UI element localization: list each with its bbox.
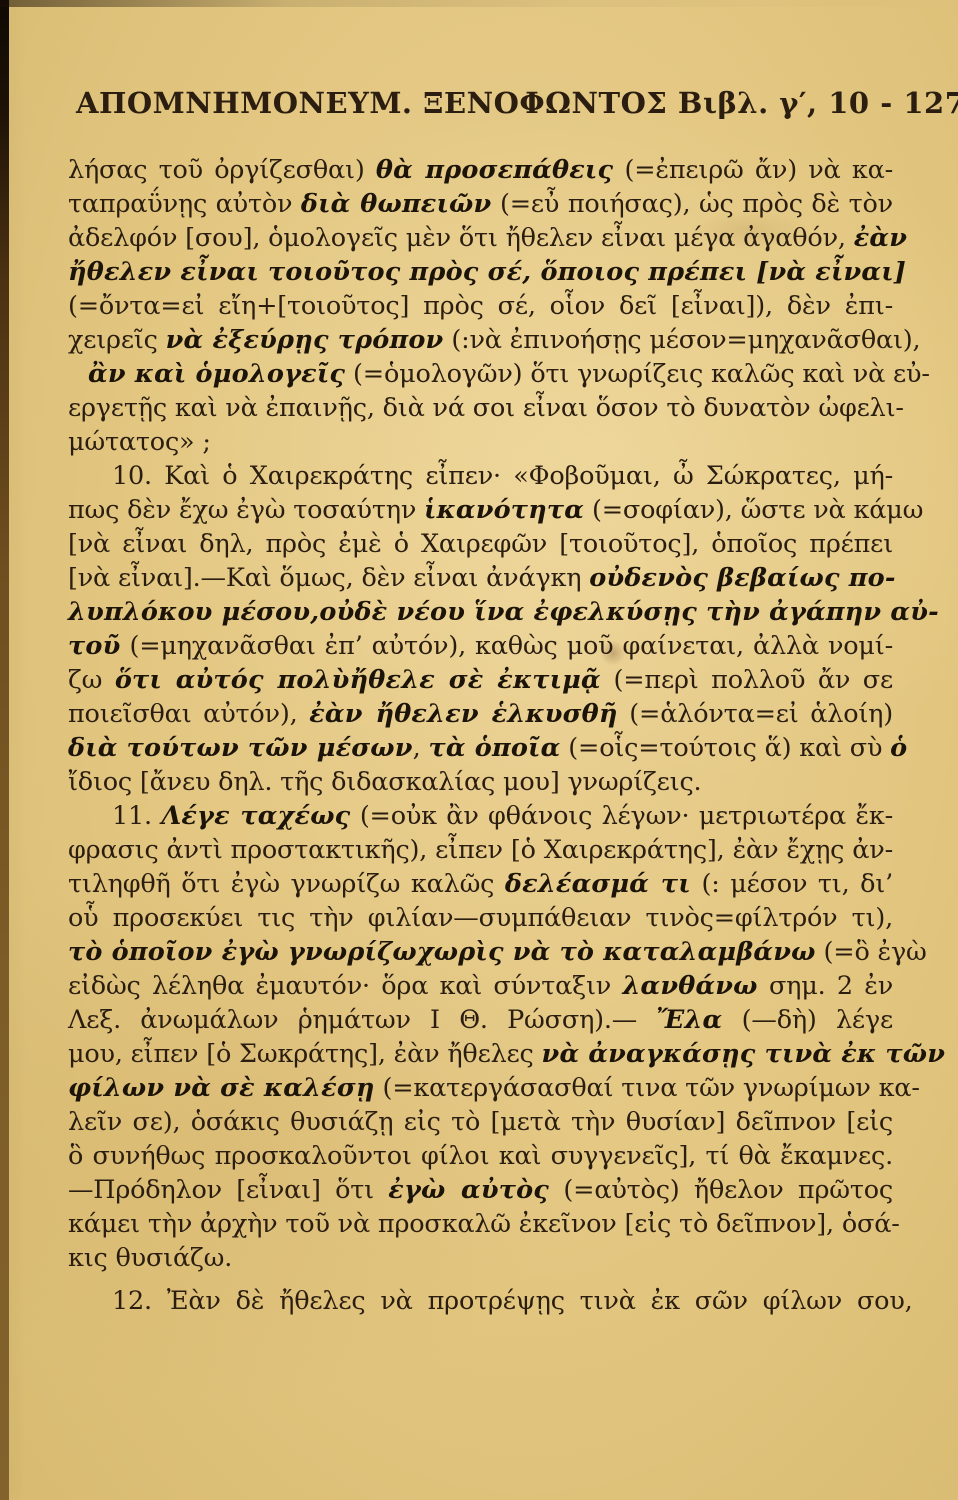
text-line: μου, εἶπεν [ὁ Σωκράτης], ἐὰν ἤθελες νὰ ἀ…	[68, 1037, 893, 1071]
body-text: (=μηχανᾶσθαι ἐπ’ αὐτόν), καθὼς μοῦ φαίνε…	[120, 631, 893, 661]
text-line: ἂν καὶ ὁμολογεῖς (=ὁμολογῶν) ὅτι γνωρίζε…	[68, 357, 893, 391]
text-line: λήσας τοῦ ὀργίζεσθαι) θὰ προσεπάθεις (=ἐ…	[68, 153, 893, 187]
emphasized-text: φίλων νὰ σὲ καλέσῃ	[68, 1073, 375, 1103]
body-text: —Πρόδηλον [εἶναι] ὅτι	[68, 1175, 388, 1205]
emphasized-text: ἐὰν ἤθελεν ἑλκυσθῆ	[309, 699, 617, 729]
emphasized-text: ὁ	[890, 733, 907, 763]
body-text: (=αὐτὸς) ἤθελον πρῶτος	[549, 1175, 893, 1205]
body-text: ,	[413, 733, 429, 763]
header-title: ΑΠΟΜΝΗΜΟΝΕΥΜ. ΞΕΝΟΦΩΝΤΟΣ Βιβλ. γ′, 10 - …	[76, 86, 945, 120]
body-text: (=ἁλόντα=εἰ ἁλοίη)	[618, 699, 893, 729]
body-text: μου, εἶπεν [ὁ Σωκράτης], ἐὰν ἤθελες	[68, 1039, 542, 1069]
page-top-shadow	[0, 0, 958, 7]
page-body: λήσας τοῦ ὀργίζεσθαι) θὰ προσεπάθεις (=ἐ…	[68, 153, 893, 1318]
body-text: φρασις ἀντὶ προστακτικῆς), εἶπεν [ὁ Χαιρ…	[68, 835, 893, 865]
emphasized-text: ὅτι αὐτός πολὺἤθελε σὲ ἐκτιμᾷ	[115, 665, 601, 695]
emphasized-text: θὰ προσεπάθεις	[376, 155, 613, 185]
body-text: (=ὄντα=εἰ εἴη+[τοιοῦτος] πρὸς σέ, οἷον δ…	[68, 291, 893, 321]
body-text: (=ὃ ἐγὼ	[816, 937, 927, 967]
text-line: [νὰ εἶναι δηλ, πρὸς ἐμὲ ὁ Χαιρεφῶν [τοιο…	[68, 527, 893, 561]
emphasized-text: λανθάνω	[622, 971, 757, 1001]
text-line: ὃ συνήθως προσκαλοῦντοι φίλοι καὶ συγγεν…	[68, 1139, 893, 1173]
emphasized-text: διὰ θωπειῶν	[301, 189, 492, 219]
text-line: ἤθελεν εἶναι τοιοῦτος πρὸς σέ, ὅποιος πρ…	[68, 255, 893, 289]
text-line: τὸ ὁποῖον ἐγὼ γνωρίζωχωρὶς νὰ τὸ καταλαμ…	[68, 935, 893, 969]
text-line: ποιεῖσθαι αὐτόν), ἐὰν ἤθελεν ἑλκυσθῆ (=ἁ…	[68, 697, 893, 731]
text-line: ζω ὅτι αὐτός πολὺἤθελε σὲ ἐκτιμᾷ (=περὶ …	[68, 663, 893, 697]
body-text: [νὰ εἶναι].—Καὶ ὅμως, δὲν εἶναι ἀνάγκη	[68, 563, 589, 593]
emphasized-text: τοῦ	[68, 631, 120, 661]
text-line: διὰ τούτων τῶν μέσων, τὰ ὁποῖα (=οἷς=τού…	[68, 731, 893, 765]
text-line: λεῖν σε), ὁσάκις θυσιάζῃ εἰς τὸ [μετὰ τὴ…	[68, 1105, 893, 1139]
body-text: (: μέσον τι, δι’	[691, 869, 893, 899]
text-line: (=ὄντα=εἰ εἴη+[τοιοῦτος] πρὸς σέ, οἷον δ…	[68, 289, 893, 323]
text-line: ἴδιος [ἄνευ δηλ. τῆς διδασκαλίας μου] γν…	[68, 765, 893, 799]
body-text: (=κατεργάσασθαί τινα τῶν γνωρίμων κα-	[375, 1073, 920, 1103]
book-gutter-edge	[0, 0, 9, 1500]
body-text: (=ἐπειρῶ ἄν) νὰ κα-	[613, 155, 893, 185]
emphasized-text: τὸ ὁποῖον ἐγὼ γνωρίζωχωρὶς νὰ τὸ καταλαμ…	[68, 937, 816, 967]
body-text: ζω	[68, 665, 115, 695]
text-line: φίλων νὰ σὲ καλέσῃ (=κατεργάσασθαί τινα …	[68, 1071, 893, 1105]
body-text: ὃ συνήθως προσκαλοῦντοι φίλοι καὶ συγγεν…	[68, 1141, 893, 1171]
text-line: εἰδὼς λέληθα ἐμαυτόν· ὅρα καὶ σύνταξιν λ…	[68, 969, 893, 1003]
body-text: 11.	[112, 801, 161, 831]
text-line: τιληφθῆ ὅτι ἐγὼ γνωρίζω καλῶς δελέασμά τ…	[68, 867, 893, 901]
text-line: εργετῇς καὶ νὰ ἐπαινῇς, διὰ νά σοι εἶναι…	[68, 391, 893, 425]
body-text: Λεξ. ἀνωμάλων ῥημάτων Ι Θ. Ρώσση).—	[68, 1005, 656, 1035]
body-text: οὗ προσεκύει τις τὴν φιλίαν—συμπάθειαν τ…	[68, 903, 893, 933]
text-line: χειρεῖς νὰ ἐξεύρῃς τρόπον (:νὰ ἐπινοήσῃς…	[68, 323, 893, 357]
body-text: πως δὲν ἔχω ἐγὼ τοσαύτην	[68, 495, 424, 525]
body-text: ἀδελφόν [σου], ὁμολογεῖς μὲν ὅτι ἤθελεν …	[68, 223, 854, 253]
text-line: φρασις ἀντὶ προστακτικῆς), εἶπεν [ὁ Χαιρ…	[68, 833, 893, 867]
book-page: ΑΠΟΜΝΗΜΟΝΕΥΜ. ΞΕΝΟΦΩΝΤΟΣ Βιβλ. γ′, 10 - …	[0, 0, 958, 1500]
emphasized-text: νὰ ἀναγκάσῃς τινὰ ἐκ τῶν	[542, 1039, 946, 1069]
body-text: εργετῇς καὶ νὰ ἐπαινῇς, διὰ νά σοι εἶναι…	[68, 393, 904, 423]
text-line: μώτατος» ;	[68, 425, 893, 459]
text-line: λυπλόκου μέσου,οὐδὲ νέου ἵνα ἐφελκύσῃς τ…	[68, 595, 893, 629]
emphasized-text: Λέγε ταχέως	[161, 801, 350, 831]
body-text: ταπραΰνῃς αὐτὸν	[68, 189, 301, 219]
emphasized-text: ἐὰν	[854, 223, 907, 253]
body-text: 12. Ἐὰν δὲ ἤθελες νὰ προτρέψῃς τινὰ ἐκ σ…	[112, 1286, 913, 1316]
body-text: χειρεῖς	[68, 325, 166, 355]
body-text: κις θυσιάζω.	[68, 1243, 232, 1273]
text-line: 10. Καὶ ὁ Χαιρεκράτης εἶπεν· «Φοβοῦμαι, …	[68, 459, 893, 493]
text-line: κάμει τὴν ἀρχὴν τοῦ νὰ προσκαλῶ ἐκεῖνον …	[68, 1207, 893, 1241]
text-line: τοῦ (=μηχανᾶσθαι ἐπ’ αὐτόν), καθὼς μοῦ φ…	[68, 629, 893, 663]
body-text: λεῖν σε), ὁσάκις θυσιάζῃ εἰς τὸ [μετὰ τὴ…	[68, 1107, 893, 1137]
emphasized-text: ἤθελεν εἶναι τοιοῦτος πρὸς σέ, ὅποιος πρ…	[68, 257, 906, 287]
body-text: κάμει τὴν ἀρχὴν τοῦ νὰ προσκαλῶ ἐκεῖνον …	[68, 1209, 900, 1239]
body-text: ποιεῖσθαι αὐτόν),	[68, 699, 309, 729]
body-text: (=οὐκ ἂν φθάνοις λέγων· μετριωτέρα ἔκ-	[350, 801, 893, 831]
text-line: οὗ προσεκύει τις τὴν φιλίαν—συμπάθειαν τ…	[68, 901, 893, 935]
text-line: —Πρόδηλον [εἶναι] ὅτι ἐγὼ αὐτὸς (=αὐτὸς)…	[68, 1173, 893, 1207]
running-header: ΑΠΟΜΝΗΜΟΝΕΥΜ. ΞΕΝΟΦΩΝΤΟΣ Βιβλ. γ′, 10 - …	[76, 86, 846, 120]
body-text: (=ὁμολογῶν) ὅτι γνωρίζεις καλῶς καὶ νὰ ε…	[345, 359, 930, 389]
body-text: 10. Καὶ ὁ Χαιρεκράτης εἶπεν· «Φοβοῦμαι, …	[112, 461, 893, 491]
text-line: ταπραΰνῃς αὐτὸν διὰ θωπειῶν (=εὖ ποιήσας…	[68, 187, 893, 221]
text-line: Λεξ. ἀνωμάλων ῥημάτων Ι Θ. Ρώσση).— Ἔλα …	[68, 1003, 893, 1037]
body-text: (=οἷς=τούτοις ἅ) καὶ σὺ	[560, 733, 890, 763]
body-text: [νὰ εἶναι δηλ, πρὸς ἐμὲ ὁ Χαιρεφῶν [τοιο…	[68, 529, 893, 559]
emphasized-text: λυπλόκου μέσου,οὐδὲ νέου ἵνα ἐφελκύσῃς τ…	[68, 597, 939, 627]
emphasized-text: ἐγὼ αὐτὸς	[388, 1175, 549, 1205]
body-text: σημ. 2 ἐν	[758, 971, 893, 1001]
emphasized-text: τὰ ὁποῖα	[428, 733, 560, 763]
text-line: πως δὲν ἔχω ἐγὼ τοσαύτην ἱκανότητα (=σοφ…	[68, 493, 893, 527]
body-text: (—δὴ) λέγε	[722, 1005, 893, 1035]
body-text: (=περὶ πολλοῦ ἄν σε	[601, 665, 893, 695]
emphasized-text: διὰ τούτων τῶν μέσων	[68, 733, 413, 763]
body-text: (=εὖ ποιήσας), ὡς πρὸς δὲ τὸν	[491, 189, 893, 219]
body-text: ἴδιος [ἄνευ δηλ. τῆς διδασκαλίας μου] γν…	[68, 767, 701, 797]
text-line: ἀδελφόν [σου], ὁμολογεῖς μὲν ὅτι ἤθελεν …	[68, 221, 893, 255]
body-text: (=σοφίαν), ὥστε νὰ κάμω	[584, 495, 923, 525]
body-text: (:νὰ ἐπινοήσῃς μέσον=μηχανᾶσθαι),	[443, 325, 920, 355]
emphasized-text: ἂν καὶ ὁμολογεῖς	[88, 359, 345, 389]
text-line: κις θυσιάζω.	[68, 1241, 893, 1275]
emphasized-text: νὰ ἐξεύρῃς τρόπον	[166, 325, 444, 355]
emphasized-text: Ἔλα	[656, 1005, 722, 1035]
text-line: 12. Ἐὰν δὲ ἤθελες νὰ προτρέψῃς τινὰ ἐκ σ…	[68, 1284, 893, 1318]
body-text: τιληφθῆ ὅτι ἐγὼ γνωρίζω καλῶς	[68, 869, 505, 899]
emphasized-text: ἱκανότητα	[424, 495, 584, 525]
text-line: 11. Λέγε ταχέως (=οὐκ ἂν φθάνοις λέγων· …	[68, 799, 893, 833]
emphasized-text: οὐδενὸς βεβαίως πο-	[589, 563, 895, 593]
body-text: μώτατος» ;	[68, 427, 211, 457]
text-line: [νὰ εἶναι].—Καὶ ὅμως, δὲν εἶναι ἀνάγκη ο…	[68, 561, 893, 595]
emphasized-text: δελέασμά τι	[505, 869, 691, 899]
body-text: εἰδὼς λέληθα ἐμαυτόν· ὅρα καὶ σύνταξιν	[68, 971, 622, 1001]
body-text: λήσας τοῦ ὀργίζεσθαι)	[68, 155, 376, 185]
page-number: 75	[945, 86, 958, 120]
